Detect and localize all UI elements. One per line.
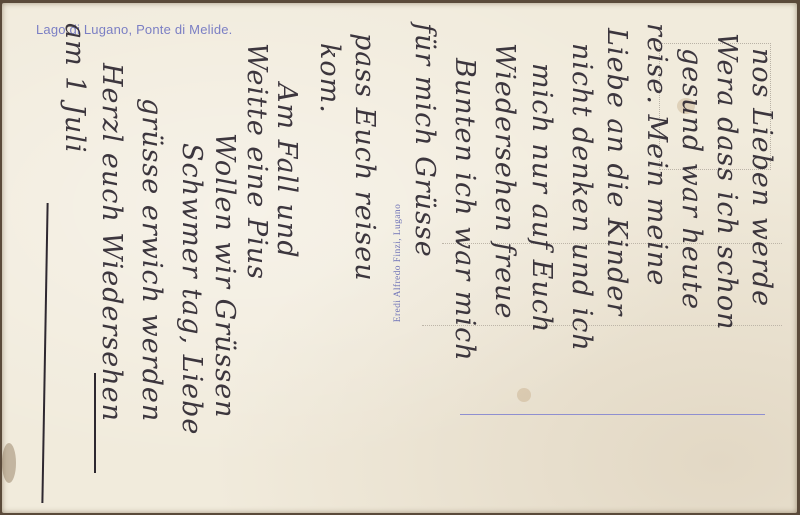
handwriting-line: kom. [314, 43, 345, 114]
handwriting-line: Wera dass ich schon [711, 33, 742, 331]
handwriting-line: pass Euch reiseu [349, 33, 380, 282]
pen-stroke [41, 203, 48, 503]
address-line [460, 414, 765, 415]
handwriting-line: mich nur auf Euch [526, 63, 557, 333]
handwriting-line: am 1 Juli [59, 23, 90, 154]
handwriting-line: grüsse erwich werden [136, 98, 167, 422]
handwriting-line: nicht denken und ich [566, 43, 597, 352]
handwriting-line: Wollen wir Grüssen [209, 133, 240, 419]
publisher-imprint: Eredi Alfredo Finzi, Lugano [393, 204, 403, 322]
paper-stain [2, 443, 16, 483]
pen-stroke [94, 373, 96, 473]
handwriting-line: Herzl euch Wiedersehen [96, 63, 127, 422]
handwriting-line: Bunten ich war mich [449, 58, 480, 362]
handwriting-line: gesund war heute [676, 48, 707, 310]
postcard-back: Lago di Lugano, Ponte di Melide. Eredi A… [2, 3, 797, 513]
handwriting-line: Weitte eine Pius [241, 43, 272, 280]
handwriting-line: Am Fall und [271, 83, 302, 259]
handwriting-line: Liebe an die Kinder [601, 28, 632, 316]
handwriting-line: reise. Mein meine [641, 23, 672, 286]
handwriting-line: Schwmer tag, Liebe [176, 143, 207, 435]
paper-stain [517, 388, 531, 402]
handwriting-line: nos Lieben werde [746, 48, 777, 307]
handwriting-line: für mich Grüsse [409, 23, 440, 258]
handwriting-line: Wiedersehen freue [489, 43, 520, 319]
